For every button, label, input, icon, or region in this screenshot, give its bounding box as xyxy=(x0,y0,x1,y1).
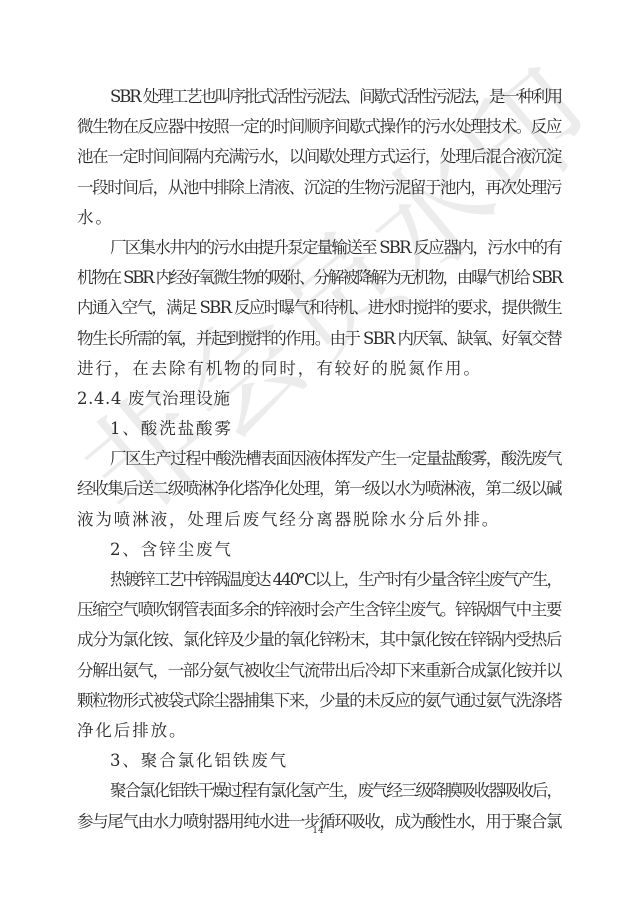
document-body: SBR 处理工艺也叫序批式活性污泥法、间歇式活性污泥法，是一种利用 微生物在反应… xyxy=(77,82,561,837)
paragraph-line: 经收集后送二级喷淋净化塔净化处理，第一级以水为喷淋液，第二级以碱 xyxy=(77,474,561,504)
paragraph-line: SBR 处理工艺也叫序批式活性污泥法、间歇式活性污泥法，是一种利用 xyxy=(77,82,561,112)
paragraph-line: 水。 xyxy=(77,203,561,233)
paragraph-line: 成分为氯化铵、氯化锌及少量的氧化锌粉末，其中氯化铵在锌锅内受热后 xyxy=(77,625,561,655)
subsection-heading: 1、酸洗盐酸雾 xyxy=(77,414,561,444)
paragraph-line: 厂区集水井内的污水由提升泵定量输送至 SBR 反应器内，污水中的有 xyxy=(77,233,561,263)
subsection-heading: 3、聚合氯化铝铁废气 xyxy=(77,746,561,776)
paragraph-line: 进行，在去除有机物的同时，有较好的脱氮作用。 xyxy=(77,354,561,384)
paragraph-line: 液为喷淋液，处理后废气经分离器脱除水分后外排。 xyxy=(77,505,561,535)
paragraph-line: 颗粒物形式被袋式除尘器捕集下来，少量的未反应的氨气通过氨气洗涤塔 xyxy=(77,686,561,716)
paragraph-line: 微生物在反应器中按照一定的时间顺序间歇式操作的污水处理技术。反应 xyxy=(77,112,561,142)
paragraph-line: 分解出氨气，一部分氨气被收尘气流带出后冷却下来重新合成氯化铵并以 xyxy=(77,656,561,686)
page-number: 14 xyxy=(0,826,636,836)
paragraph-line: 内通入空气，满足 SBR 反应时曝气和待机、进水时搅拌的要求，提供微生 xyxy=(77,293,561,323)
paragraph-line: 一段时间后，从池中排除上清液、沉淀的生物污泥留于池内，再次处理污 xyxy=(77,173,561,203)
paragraph-line: 池在一定时间间隔内充满污水，以间歇处理方式运行，处理后混合液沉淀 xyxy=(77,142,561,172)
paragraph-line: 聚合氯化铝铁干燥过程有氯化氢产生，废气经三级降膜吸收器吸收后， xyxy=(77,776,561,806)
paragraph-line: 热镀锌工艺中锌锅温度达 440℃以上，生产时有少量含锌尘废气产生， xyxy=(77,565,561,595)
paragraph-line: 净化后排放。 xyxy=(77,716,561,746)
paragraph-line: 机物在 SBR 内经好氧微生物的吸附、分解被降解为无机物，由曝气机给 SBR xyxy=(77,263,561,293)
paragraph-line: 厂区生产过程中酸洗槽表面因液体挥发产生一定量盐酸雾，酸洗废气 xyxy=(77,444,561,474)
document-page: 非会员水印 SBR 处理工艺也叫序批式活性污泥法、间歇式活性污泥法，是一种利用 … xyxy=(0,0,636,900)
subsection-heading: 2、含锌尘废气 xyxy=(77,535,561,565)
paragraph-line: 压缩空气喷吹钢管表面多余的锌液时会产生含锌尘废气。锌锅烟气中主要 xyxy=(77,595,561,625)
section-heading: 2.4.4 废气治理设施 xyxy=(77,384,561,414)
paragraph-line: 物生长所需的氧，并起到搅拌的作用。由于 SBR 内厌氧、缺氧、好氧交替 xyxy=(77,324,561,354)
